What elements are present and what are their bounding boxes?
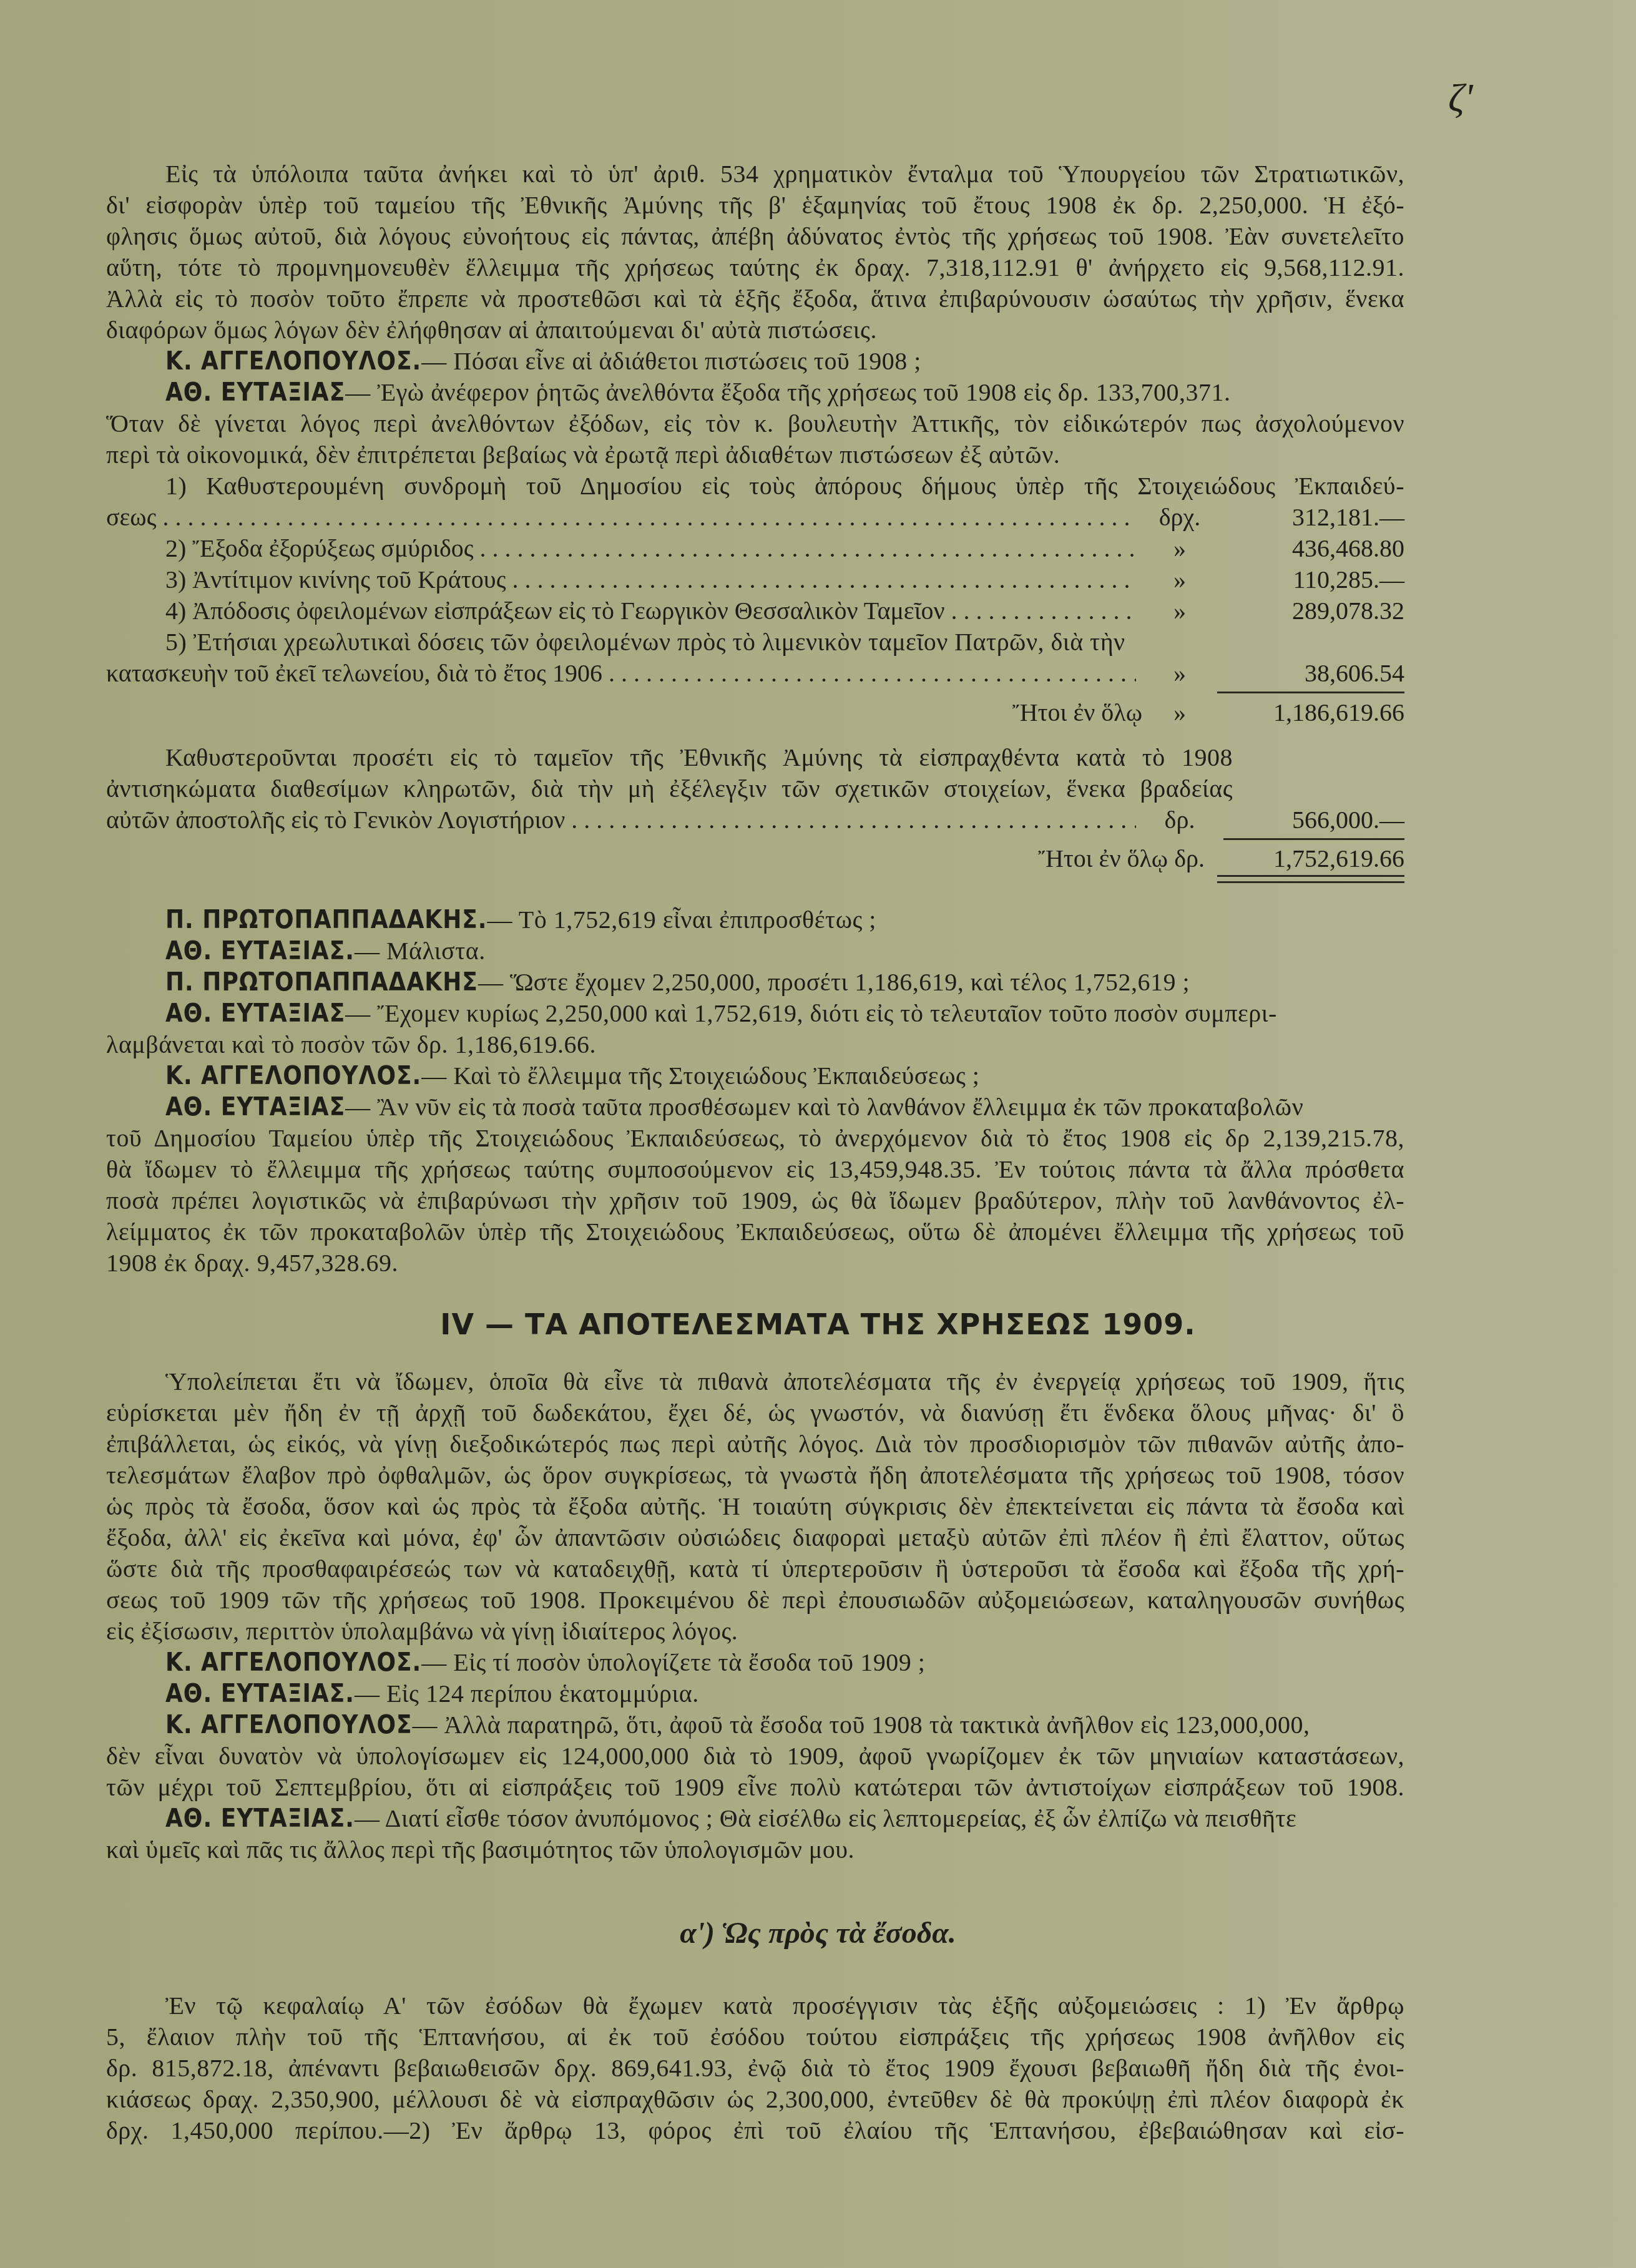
body-line: Ὑπολείπεται ἔτι νὰ ἴδωμεν, ὁποῖα θὰ εἶνε… (165, 1367, 1404, 1397)
body-line: εἰς ἐξίσωσιν, περιττὸν ὑπολαμβάνω νὰ γίν… (106, 1616, 1404, 1646)
subtotal-unit: » (1142, 698, 1217, 728)
speech-text: — Ἂν νῦν εἰς τὰ ποσὰ ταῦτα προσθέσωμεν κ… (345, 1093, 1303, 1121)
item-amount: 110,285.— (1217, 565, 1404, 595)
item-label: 2) Ἔξοδα ἐξορύξεως σμύριδος (165, 534, 474, 564)
speech-text: — Ἀλλὰ παρατηρῶ, ὅτι, ἀφοῦ τὰ ἔσοδα τοῦ … (413, 1711, 1310, 1739)
delayed-label: αὐτῶν ἀποστολῆς εἰς τὸ Γενικὸν Λογιστήρι… (106, 805, 565, 835)
dialogue-cont-line: λείμματος ἐκ τῶν προκαταβολῶν ὑπὲρ τῆς Σ… (106, 1217, 1404, 1247)
item-row: κατασκευὴν τοῦ ἐκεῖ τελωνείου, διὰ τὸ ἔτ… (106, 658, 1404, 688)
dialogue-line: Π. ΠΡΩΤΟΠΑΠΠΑΔΑΚΗΣ.— Τὸ 1,752,619 εἶναι … (165, 905, 1404, 935)
intro-line: φλησις ὅμως αὐτοῦ, διὰ λόγους εὐνοήτους … (106, 222, 1404, 252)
item-amount: 312,181.— (1217, 502, 1404, 532)
body-line: τελεσμάτων ἔλαβον πρὸ ὀφθαλμῶν, ὡς ὅρον … (106, 1460, 1404, 1490)
item-unit: δρχ. (1142, 502, 1217, 532)
document-page: ζ' Εἰς τὰ ὑπόλοιπα ταῦτα ἀνήκει καὶ τὸ ὑ… (0, 0, 1636, 2268)
item-amount: 436,468.80 (1217, 534, 1404, 564)
item-row: 4) Ἀπόδοσις ὀφειλομένων εἰσπράξεων εἰς τ… (165, 596, 1404, 626)
total-amount: 1,752,619.66 (1217, 844, 1404, 874)
speaker-name: ΑΘ. ΕΥΤΑΞΙΑΣ (165, 999, 345, 1028)
dialogue-line: ΑΘ. ΕΥΤΑΞΙΑΣ.— Εἰς 124 περίπου ἑκατομμύρ… (165, 1679, 1404, 1709)
item-amount: 289,078.32 (1217, 596, 1404, 626)
speech-text: — Εἰς 124 περίπου ἑκατομμύρια. (355, 1679, 699, 1708)
dialogue-line: ΑΘ. ΕΥΤΑΞΙΑΣ.— Διατί εἶσθε τόσον ἀνυπόμο… (165, 1804, 1404, 1834)
dialogue-cont-line: θὰ ἴδωμεν τὸ ἔλλειμμα τῆς χρήσεως ταύτης… (106, 1155, 1404, 1185)
delayed-row: αὐτῶν ἀποστολῆς εἰς τὸ Γενικὸν Λογιστήρι… (106, 805, 1404, 835)
item-unit: » (1142, 534, 1217, 564)
dialogue-cont-line: 1908 ἐκ δραχ. 9,457,328.69. (106, 1248, 1404, 1278)
intro-line: δι' εἰσφορὰν ὑπὲρ τοῦ ταμείου τῆς Ἐθνικῆ… (106, 190, 1404, 220)
speaker-name: ΑΘ. ΕΥΤΑΞΙΑΣ. (165, 937, 355, 965)
dialogue-line: Κ. ΑΓΓΕΛΟΠΟΥΛΟΣ— Ἀλλὰ παρατηρῶ, ὅτι, ἀφο… (165, 1710, 1404, 1740)
speech-text: — Διατί εἶσθε τόσον ἀνυπόμονος ; Θὰ εἰσέ… (355, 1804, 1296, 1832)
speech-text: — Ἔχομεν κυρίως 2,250,000 καὶ 1,752,619,… (345, 999, 1277, 1027)
dialogue-cont-line: Ὅταν δὲ γίνεται λόγος περὶ ἀνελθόντων ἐξ… (106, 409, 1404, 439)
item-label-line: 5) Ἐτήσιαι χρεωλυτικαὶ δόσεις τῶν ὀφειλο… (165, 627, 1227, 657)
speech-text: — Εἰς τί ποσὸν ὑπολογίζετε τὰ ἔσοδα τοῦ … (421, 1648, 925, 1676)
body-line: κιάσεως δραχ. 2,350,900, μέλλουσι δὲ νὰ … (106, 2085, 1404, 2114)
item-label-line: 1) Καθυστερουμένη συνδρομὴ τοῦ Δημοσίου … (165, 471, 1404, 501)
speaker-name: ΑΘ. ΕΥΤΑΞΙΑΣ. (165, 1679, 355, 1708)
speech-text: — Καὶ τὸ ἔλλειμμα τῆς Στοιχειώδους Ἐκπαι… (421, 1062, 979, 1090)
intro-line: αὕτη, τότε τὸ προμνημονευθὲν ἔλλειμμα τῆ… (106, 253, 1404, 283)
body-line: ὡς πρὸς τὰ ἔσοδα, ὅσον καὶ ὡς πρὸς τὰ ἔξ… (106, 1492, 1404, 1522)
intro-line: Εἰς τὰ ὑπόλοιπα ταῦτα ἀνήκει καὶ τὸ ὑπ' … (165, 159, 1404, 189)
delayed-line: Καθυστεροῦνται προσέτι εἰς τὸ ταμεῖον τῆ… (165, 743, 1233, 773)
dialogue-cont-line: τοῦ Δημοσίου Ταμείου ὑπὲρ τῆς Στοιχειώδο… (106, 1123, 1404, 1153)
subtotal-amount: 1,186,619.66 (1217, 698, 1404, 728)
item-label: σεως (106, 502, 157, 532)
body-line: εὑρίσκεται μὲν ἤδη ἐν τῇ ἀρχῇ τοῦ δωδεκά… (106, 1398, 1404, 1428)
intro-line: Ἀλλὰ εἰς τὸ ποσὸν τοῦτο ἔπρεπε νὰ προστε… (106, 284, 1404, 314)
dialogue-cont-line: λαμβάνεται καὶ τὸ ποσὸν τῶν δρ. 1,186,61… (106, 1030, 1404, 1060)
leader-dots (571, 805, 1136, 835)
speech-text: — Τὸ 1,752,619 εἶναι ἐπιπροσθέτως ; (487, 906, 876, 934)
item-label: 3) Ἀντίτιμον κινίνης τοῦ Κράτους (165, 565, 506, 595)
sum-rule (1217, 692, 1404, 693)
speaker-name: Π. ΠΡΩΤΟΠΑΠΠΑΔΑΚΗΣ (165, 968, 478, 997)
dialogue-line: ΑΘ. ΕΥΤΑΞΙΑΣ— Ἂν νῦν εἰς τὰ ποσὰ ταῦτα π… (165, 1092, 1404, 1122)
body-line: δρ. 815,872.18, ἀπέναντι βεβαιωθεισῶν δρ… (106, 2053, 1404, 2083)
dialogue-line: ΑΘ. ΕΥΤΑΞΙΑΣ.— Μάλιστα. (165, 936, 1404, 966)
body-line: Ἐν τῷ κεφαλαίῳ Α' τῶν ἐσόδων θὰ ἔχωμεν κ… (165, 1991, 1404, 2021)
speaker-name: Κ. ΑΓΓΕΛΟΠΟΥΛΟΣ (165, 1711, 413, 1739)
speaker-name: ΑΘ. ΕΥΤΑΞΙΑΣ. (165, 1804, 355, 1833)
dialogue-line: Π. ΠΡΩΤΟΠΑΠΠΑΔΑΚΗΣ— Ὥστε ἔχομεν 2,250,00… (165, 967, 1404, 997)
delayed-line: ἀντισηκώματα διαθεσίμων κληρωτῶν, διὰ τὴ… (106, 774, 1233, 804)
speaker-name: Κ. ΑΓΓΕΛΟΠΟΥΛΟΣ. (165, 347, 421, 376)
speaker-name: Π. ΠΡΩΤΟΠΑΠΠΑΔΑΚΗΣ. (165, 906, 487, 934)
speaker-name: Κ. ΑΓΓΕΛΟΠΟΥΛΟΣ. (165, 1648, 421, 1677)
leader-dots (512, 565, 1136, 595)
speech-text: — Μάλιστα. (355, 937, 486, 965)
total-row: Ἤτοι ἐν ὅλῳ δρ. 1,752,619.66 (936, 844, 1404, 874)
leader-dots (609, 658, 1136, 688)
sum-rule (1223, 838, 1404, 840)
double-rule (1217, 875, 1404, 883)
item-label: 4) Ἀπόδοσις ὀφειλομένων εἰσπράξεων εἰς τ… (165, 596, 945, 626)
dialogue-cont-line: τῶν μέχρι τοῦ Σεπτεμβρίου, ὅτι αἱ εἰσπρά… (106, 1772, 1404, 1802)
intro-line: διαφόρων ὅμως λόγων δὲν ἐλήφθησαν αἱ ἀπα… (106, 315, 1404, 345)
body-line: σεως τοῦ 1909 τῶν τῆς χρήσεως τοῦ 1908. … (106, 1585, 1404, 1615)
item-row: σεως δρχ. 312,181.— (106, 502, 1404, 532)
speaker-name: ΑΘ. ΕΥΤΑΞΙΑΣ (165, 378, 345, 407)
item-unit: » (1142, 565, 1217, 595)
subsection-heading: α') Ὡς πρὸς τὰ ἔσοδα. (0, 1916, 1636, 1950)
dialogue-line: Κ. ΑΓΓΕΛΟΠΟΥΛΟΣ.— Καὶ τὸ ἔλλειμμα τῆς Στ… (165, 1061, 1404, 1091)
speech-text: — Ὥστε ἔχομεν 2,250,000, προσέτι 1,186,6… (478, 968, 1190, 996)
item-row: 3) Ἀντίτιμον κινίνης τοῦ Κράτους » 110,2… (165, 565, 1404, 595)
item-row: 2) Ἔξοδα ἐξορύξεως σμύριδος » 436,468.80 (165, 534, 1404, 564)
page-number: ζ' (1448, 75, 1473, 121)
body-line: ἔξοδα, ἀλλ' εἰς ἐκεῖνα καὶ μόνα, ἐφ' ὧν … (106, 1523, 1404, 1553)
section-heading: IV — ΤΑ ΑΠΟΤΕΛΕΣΜΑΤΑ ΤΗΣ ΧΡΗΣΕΩΣ 1909. (0, 1308, 1636, 1341)
item-unit: » (1142, 596, 1217, 626)
leader-dots (480, 534, 1136, 564)
body-line: δρχ. 1,450,000 περίπου.—2) Ἐν ἄρθρῳ 13, … (106, 2116, 1404, 2146)
delayed-unit: δρ. (1142, 805, 1217, 835)
leader-dots (951, 596, 1136, 626)
speech-text: — Πόσαι εἶνε αἱ ἀδιάθετοι πιστώσεις τοῦ … (421, 347, 921, 375)
dialogue-line: Κ. ΑΓΓΕΛΟΠΟΥΛΟΣ.— Πόσαι εἶνε αἱ ἀδιάθετο… (165, 346, 1404, 376)
subtotal-row: Ἤτοι ἐν ὅλῳ » 1,186,619.66 (936, 698, 1404, 728)
item-amount: 38,606.54 (1217, 658, 1404, 688)
item-label: κατασκευὴν τοῦ ἐκεῖ τελωνείου, διὰ τὸ ἔτ… (106, 658, 602, 688)
subtotal-label: Ἤτοι ἐν ὅλῳ (936, 698, 1142, 728)
dialogue-line: Κ. ΑΓΓΕΛΟΠΟΥΛΟΣ.— Εἰς τί ποσὸν ὑπολογίζε… (165, 1648, 1404, 1678)
body-line: ἐπιβάλλεται, ὡς εἰκός, νὰ γίνῃ διεξοδικώ… (106, 1429, 1404, 1459)
dialogue-cont-line: καὶ ὑμεῖς καὶ πᾶς τις ἄλλος περὶ τῆς βασ… (106, 1835, 1404, 1865)
dialogue-cont-line: ποσὰ πρέπει λογιστικῶς νὰ ἐπιβαρύνωσι τὴ… (106, 1186, 1404, 1216)
speaker-name: Κ. ΑΓΓΕΛΟΠΟΥΛΟΣ. (165, 1062, 421, 1090)
dialogue-line: ΑΘ. ΕΥΤΑΞΙΑΣ— Ἔχομεν κυρίως 2,250,000 κα… (165, 999, 1404, 1029)
dialogue-cont-line: περὶ τὰ οἰκονομικά, δὲν ἐπιτρέπεται βεβα… (106, 440, 1404, 470)
body-line: 5, ἔλαιον πλὴν τοῦ τῆς Ἑπτανήσου, αἱ ἐκ … (106, 2022, 1404, 2052)
total-label: Ἤτοι ἐν ὅλῳ δρ. (936, 844, 1217, 874)
speech-text: — Ἐγὼ ἀνέφερον ῥητῶς ἀνελθόντα ἔξοδα τῆς… (345, 378, 1230, 406)
leader-dots (163, 502, 1136, 532)
body-line: ὥστε διὰ τῆς προσθαφαιρέσεώς των νὰ κατα… (106, 1554, 1404, 1584)
dialogue-cont-line: δὲν εἶναι δυνατὸν νὰ ὑπολογίσωμεν εἰς 12… (106, 1741, 1404, 1771)
item-unit: » (1142, 658, 1217, 688)
dialogue-line: ΑΘ. ΕΥΤΑΞΙΑΣ— Ἐγὼ ἀνέφερον ῥητῶς ἀνελθόν… (165, 378, 1404, 408)
speaker-name: ΑΘ. ΕΥΤΑΞΙΑΣ (165, 1093, 345, 1122)
delayed-amount: 566,000.— (1217, 805, 1404, 835)
